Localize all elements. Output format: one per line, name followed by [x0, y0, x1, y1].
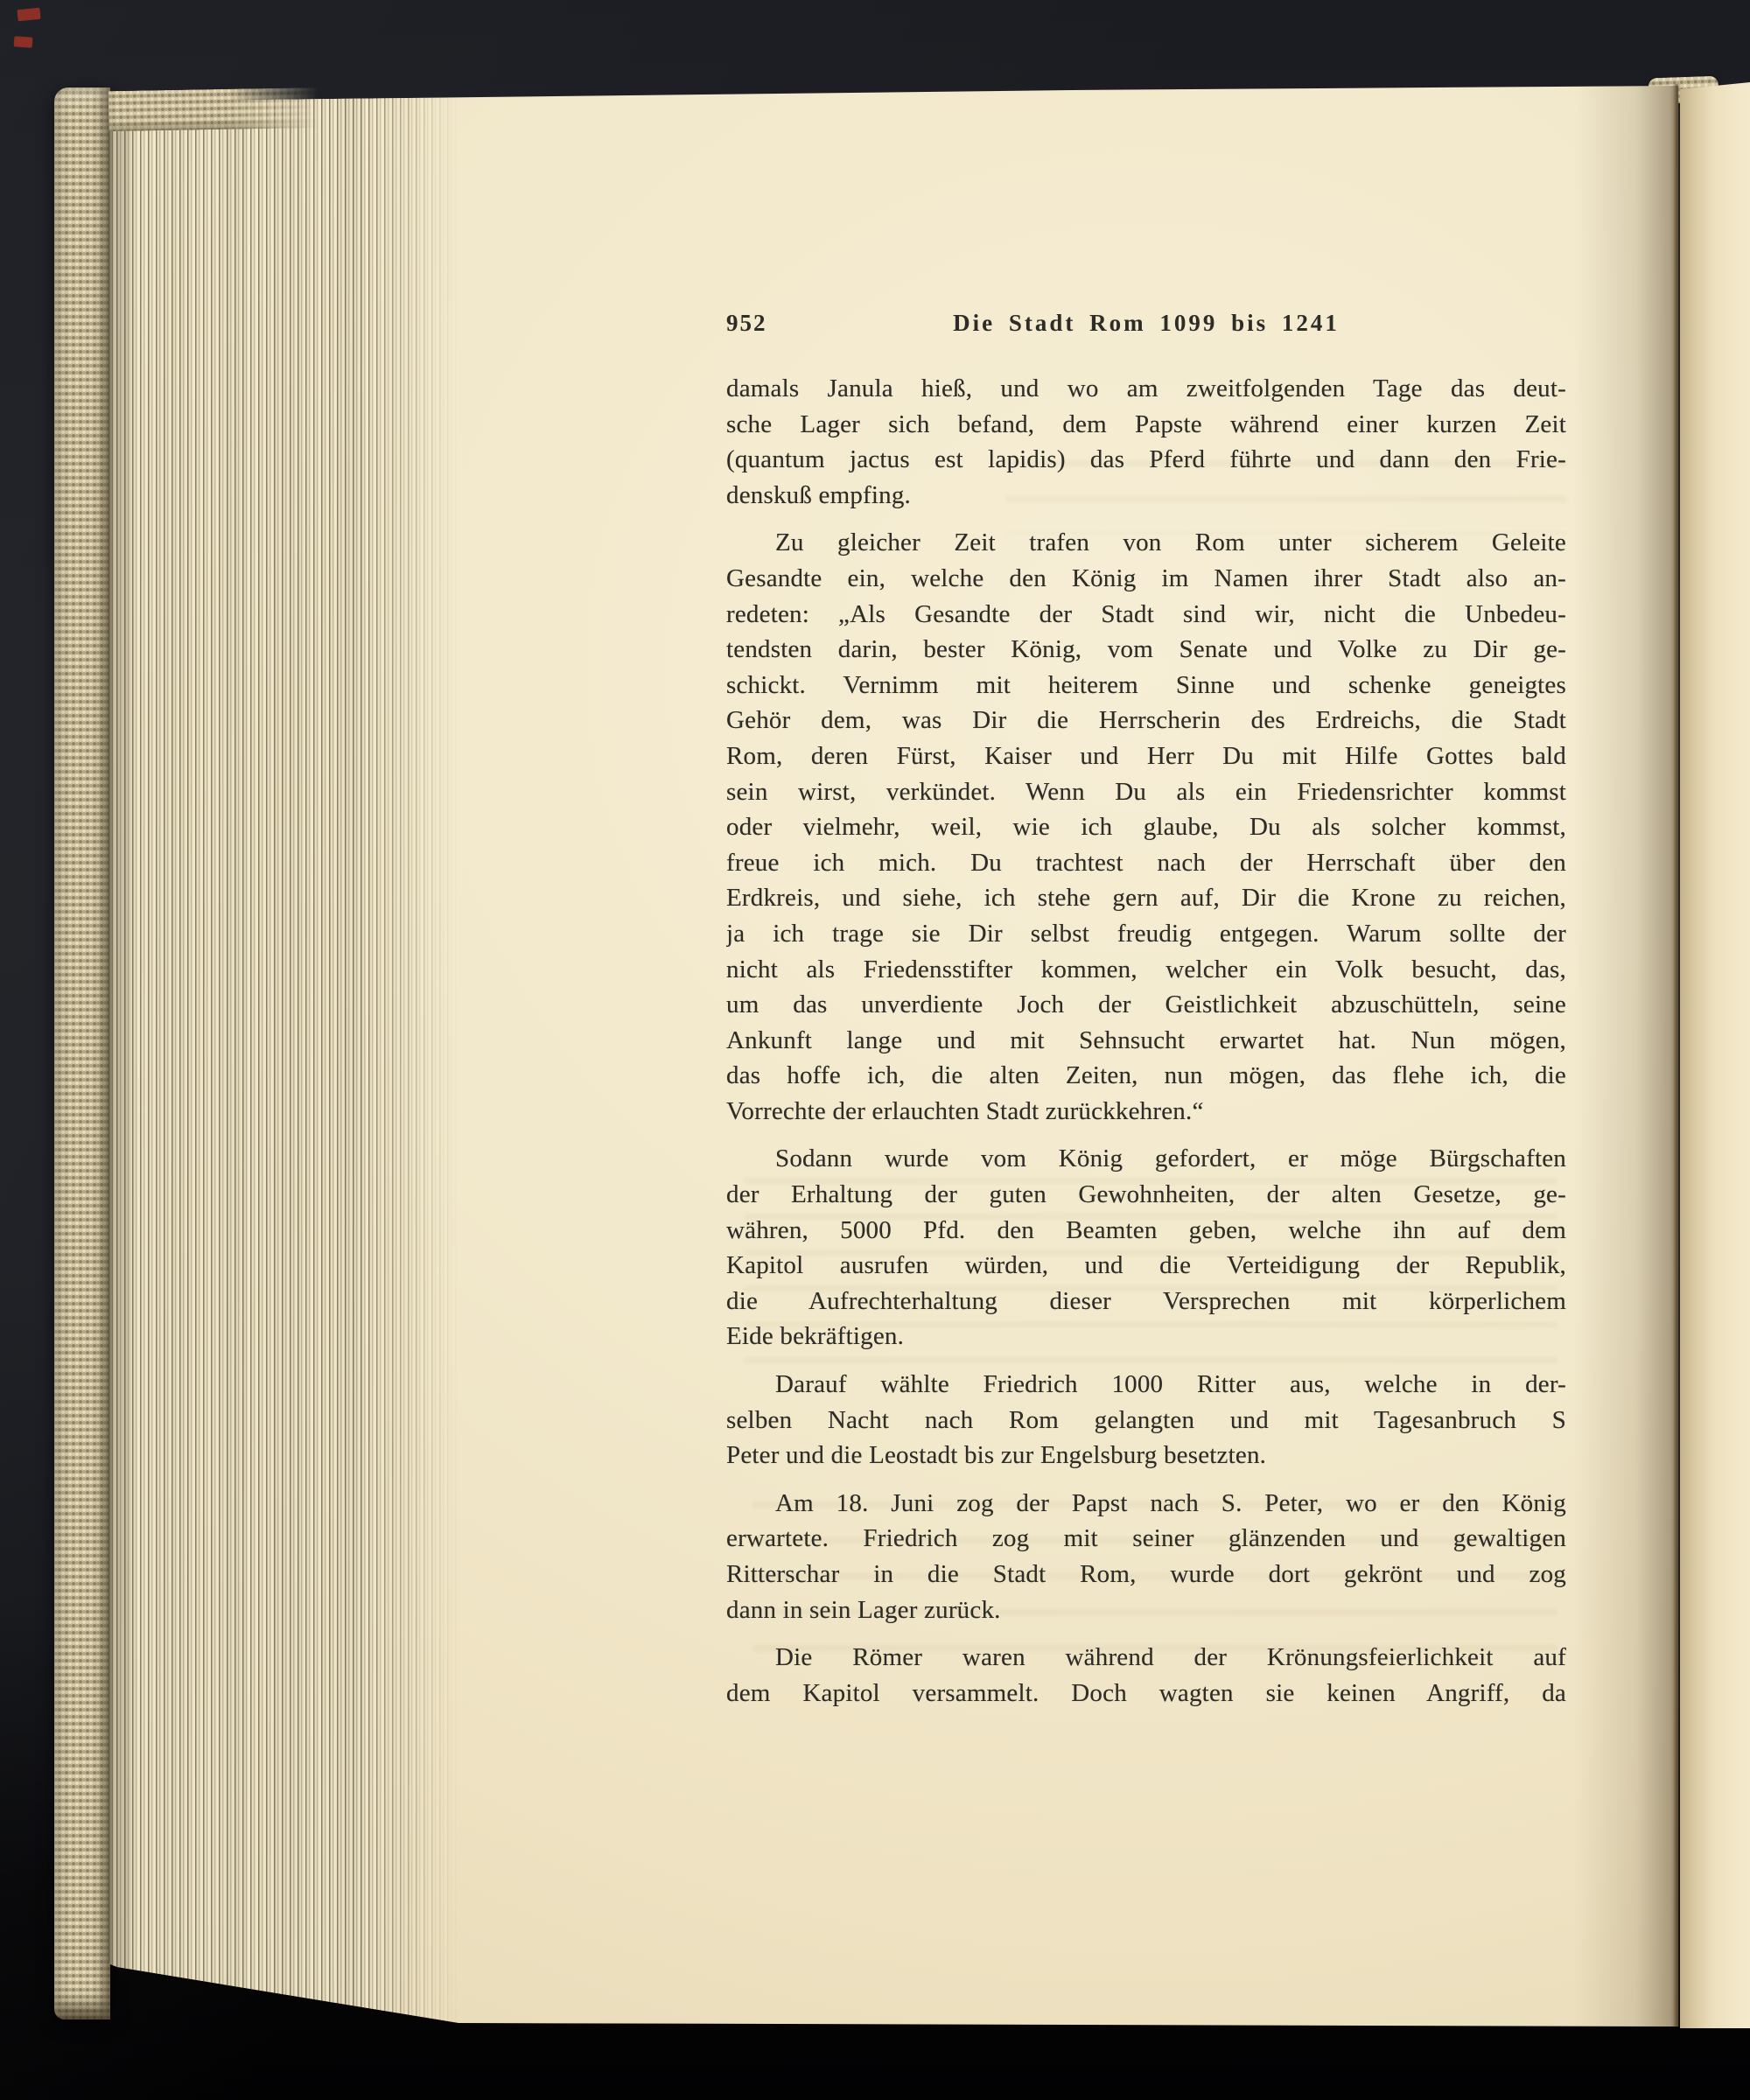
- paragraph: Darauf wählte Friedrich 1000 Ritter aus,…: [726, 1367, 1566, 1473]
- text-line: Zu gleicher Zeit trafen von Rom unter si…: [726, 525, 1566, 561]
- text-line: Darauf wählte Friedrich 1000 Ritter aus,…: [726, 1367, 1566, 1403]
- text-line: Peter und die Leostadt bis zur Engelsbur…: [726, 1438, 1566, 1473]
- text-line: oder vielmehr, weil, wie ich glaube, Du …: [726, 809, 1566, 845]
- text-line: denskuß empfing.: [726, 478, 1566, 514]
- text-line: selben Nacht nach Rom gelangten und mit …: [726, 1403, 1566, 1438]
- paragraph: Sodann wurde vom König gefordert, er mög…: [726, 1141, 1566, 1354]
- text-line: (quantum jactus est lapidis) das Pferd f…: [726, 442, 1566, 478]
- gutter-shadow: [1573, 86, 1678, 2026]
- paragraph: Die Römer waren während der Krönungsfeie…: [726, 1640, 1566, 1711]
- text-line: das hoffe ich, die alten Zeiten, nun mög…: [726, 1058, 1566, 1094]
- running-head: 952 Die Stadt Rom 1099 bis 1241: [726, 310, 1566, 339]
- book-cover-edge: [54, 87, 110, 2019]
- text-line: Sodann wurde vom König gefordert, er mög…: [726, 1141, 1566, 1177]
- text-line: Erdkreis, und siehe, ich stehe gern auf,…: [726, 880, 1566, 916]
- paragraph: damals Janula hieß, und wo am zweitfolge…: [726, 371, 1566, 513]
- page-body-text: damals Janula hieß, und wo am zweitfolge…: [726, 371, 1566, 1711]
- page-content: 952 Die Stadt Rom 1099 bis 1241 damals J…: [726, 310, 1566, 1723]
- text-line: dem Kapitol versammelt. Doch wagten sie …: [726, 1676, 1566, 1711]
- text-line: Am 18. Juni zog der Papst nach S. Peter,…: [726, 1486, 1566, 1522]
- paragraph: Am 18. Juni zog der Papst nach S. Peter,…: [726, 1486, 1566, 1627]
- text-line: die Aufrechterhaltung dieser Versprechen…: [726, 1284, 1566, 1319]
- text-line: Die Römer waren während der Krönungsfeie…: [726, 1640, 1566, 1676]
- text-line: sein wirst, verkündet. Wenn Du als ein F…: [726, 774, 1566, 810]
- text-line: redeten: „Als Gesandte der Stadt sind wi…: [726, 597, 1566, 633]
- text-line: Kapitol ausrufen würden, und die Verteid…: [726, 1248, 1566, 1284]
- book-photo: 952 Die Stadt Rom 1099 bis 1241 damals J…: [0, 0, 1750, 2100]
- text-line: nicht als Friedensstifter kommen, welche…: [726, 952, 1566, 988]
- paragraph: Zu gleicher Zeit trafen von Rom unter si…: [726, 525, 1566, 1129]
- text-line: um das unverdiente Joch der Geistlichkei…: [726, 987, 1566, 1023]
- red-mark: [17, 8, 40, 22]
- gutter-crease: [1673, 84, 1680, 2026]
- fore-edge-page-fan: [108, 86, 469, 2026]
- text-line: Ankunft lange und mit Sehnsucht erwartet…: [726, 1023, 1566, 1059]
- text-line: Vorrechte der erlauchten Stadt zurückkeh…: [726, 1094, 1566, 1130]
- text-line: Rom, deren Fürst, Kaiser und Herr Du mit…: [726, 738, 1566, 774]
- text-line: Gesandte ein, welche den König im Namen …: [726, 561, 1566, 597]
- running-title: Die Stadt Rom 1099 bis 1241: [726, 310, 1566, 336]
- text-line: der Erhaltung der guten Gewohnheiten, de…: [726, 1177, 1566, 1213]
- text-line: erwartete. Friedrich zog mit seiner glän…: [726, 1521, 1566, 1557]
- text-line: damals Janula hieß, und wo am zweitfolge…: [726, 371, 1566, 407]
- text-line: freue ich mich. Du trachtest nach der He…: [726, 845, 1566, 881]
- text-line: Gehör dem, was Dir die Herrscherin des E…: [726, 703, 1566, 738]
- text-line: dann in sein Lager zurück.: [726, 1592, 1566, 1628]
- text-line: schickt. Vernimm mit heiterem Sinne und …: [726, 668, 1566, 703]
- red-mark: [14, 36, 33, 47]
- text-line: Eide bekräftigen.: [726, 1319, 1566, 1354]
- text-line: währen, 5000 Pfd. den Beamten geben, wel…: [726, 1213, 1566, 1249]
- text-line: ja ich trage sie Dir selbst freudig entg…: [726, 916, 1566, 952]
- book-cover-top-edge: [108, 87, 328, 131]
- text-line: Ritterschar in die Stadt Rom, wurde dort…: [726, 1557, 1566, 1592]
- text-line: tendsten darin, bester König, vom Senate…: [726, 632, 1566, 668]
- facing-page-sliver: [1680, 82, 1750, 2028]
- text-line: sche Lager sich befand, dem Papste währe…: [726, 407, 1566, 443]
